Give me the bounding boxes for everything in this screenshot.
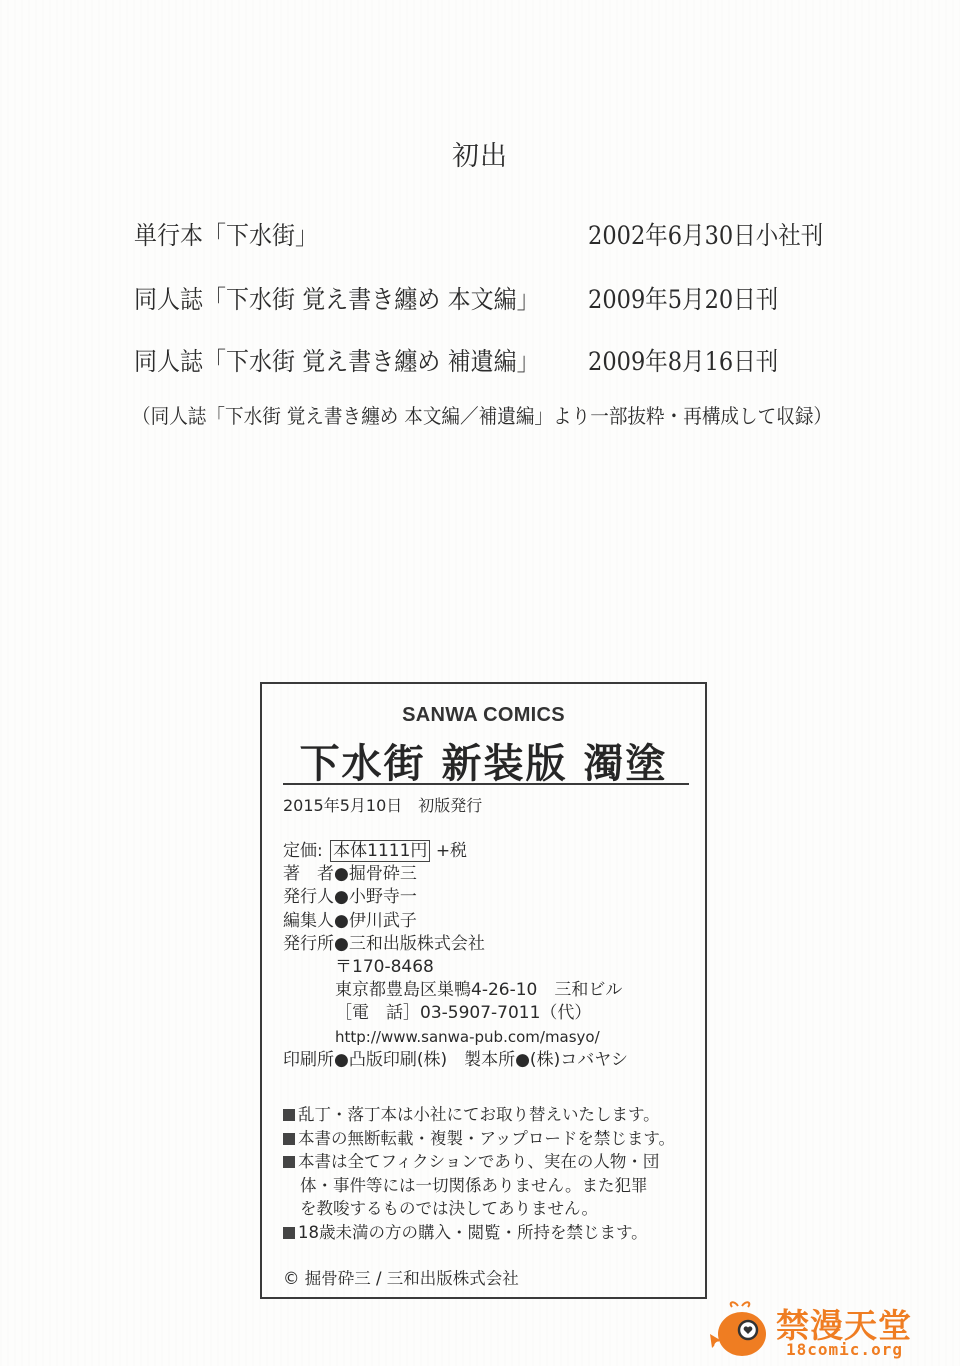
postal-code: 〒170-8468 (283, 956, 628, 979)
series-name: SANWA COMICS (262, 704, 705, 727)
notice-item: 18歳未満の方の購入・閲覧・所持を禁じます。 (283, 1221, 675, 1245)
publication-info: 定価: 本体1111円 +税 著 者●掘骨砕三 発行人●小野寺一 編集人●伊川武… (283, 840, 628, 1072)
first-publication-title-2: 同人誌「下水街 覚え書き纏め 本文編」 (134, 280, 540, 316)
notice-item: 本書の無断転載・複製・アップロードを禁じます。 (283, 1127, 675, 1151)
first-publication-note: （同人誌「下水街 覚え書き纏め 本文編／補遺編」より一部抜粋・再構成して収録） (132, 400, 832, 429)
watermark-url: 18comic.org (786, 1340, 903, 1359)
notice-continuation: 体・事件等には一切関係ありません。また犯罪 (283, 1174, 675, 1198)
first-publication-date-2: 2009年5月20日刊 (588, 280, 778, 316)
bullet-square-icon (283, 1156, 295, 1168)
price-tax: +税 (436, 841, 467, 861)
website-url: http://www.sanwa-pub.com/masyo/ (283, 1026, 628, 1049)
publisher-company-line: 発行所●三和出版株式会社 (283, 933, 628, 956)
notice-list: 乱丁・落丁本は小社にてお取り替えいたします。 本書の無断転載・複製・アップロード… (283, 1103, 675, 1244)
notice-continuation: を教唆するものでは決してありません。 (283, 1197, 675, 1221)
first-publication-date-1: 2002年6月30日小社刊 (588, 216, 823, 252)
publisher-person-line: 発行人●小野寺一 (283, 886, 628, 909)
book-title: 下水街 新装版 濁塗 (262, 732, 705, 789)
price-line: 定価: 本体1111円 +税 (283, 840, 628, 863)
bullet-square-icon (283, 1227, 295, 1239)
title-divider (283, 783, 689, 785)
copyright: © 掘骨砕三 / 三和出版株式会社 (283, 1265, 519, 1289)
watermark-logo: 禁漫天堂 18comic.org (706, 1296, 960, 1366)
first-publication-heading: 初出 (0, 134, 960, 173)
orange-whale-mascot-icon (708, 1298, 772, 1362)
release-date: 2015年5月10日 初版発行 (283, 793, 482, 816)
first-publication-title-3: 同人誌「下水街 覚え書き纏め 補遺編」 (134, 342, 540, 378)
author-line: 著 者●掘骨砕三 (283, 863, 628, 886)
first-publication-title-1: 単行本「下水街」 (134, 216, 318, 252)
price-label: 定価: (283, 841, 323, 861)
printing-line: 印刷所●凸版印刷(株) 製本所●(株)コバヤシ (283, 1049, 628, 1072)
address: 東京都豊島区巣鴨4-26-10 三和ビル (283, 979, 628, 1002)
phone: ［電 話］03-5907-7011（代） (283, 1002, 628, 1025)
notice-item: 本書は全てフィクションであり、実在の人物・団 (283, 1150, 675, 1174)
price-value: 本体1111円 (330, 840, 430, 862)
editor-line: 編集人●伊川武子 (283, 910, 628, 933)
bullet-square-icon (283, 1133, 295, 1145)
notice-item: 乱丁・落丁本は小社にてお取り替えいたします。 (283, 1103, 675, 1127)
bullet-square-icon (283, 1109, 295, 1121)
colophon-box: SANWA COMICS 下水街 新装版 濁塗 2015年5月10日 初版発行 … (260, 682, 707, 1299)
first-publication-date-3: 2009年8月16日刊 (588, 342, 778, 378)
